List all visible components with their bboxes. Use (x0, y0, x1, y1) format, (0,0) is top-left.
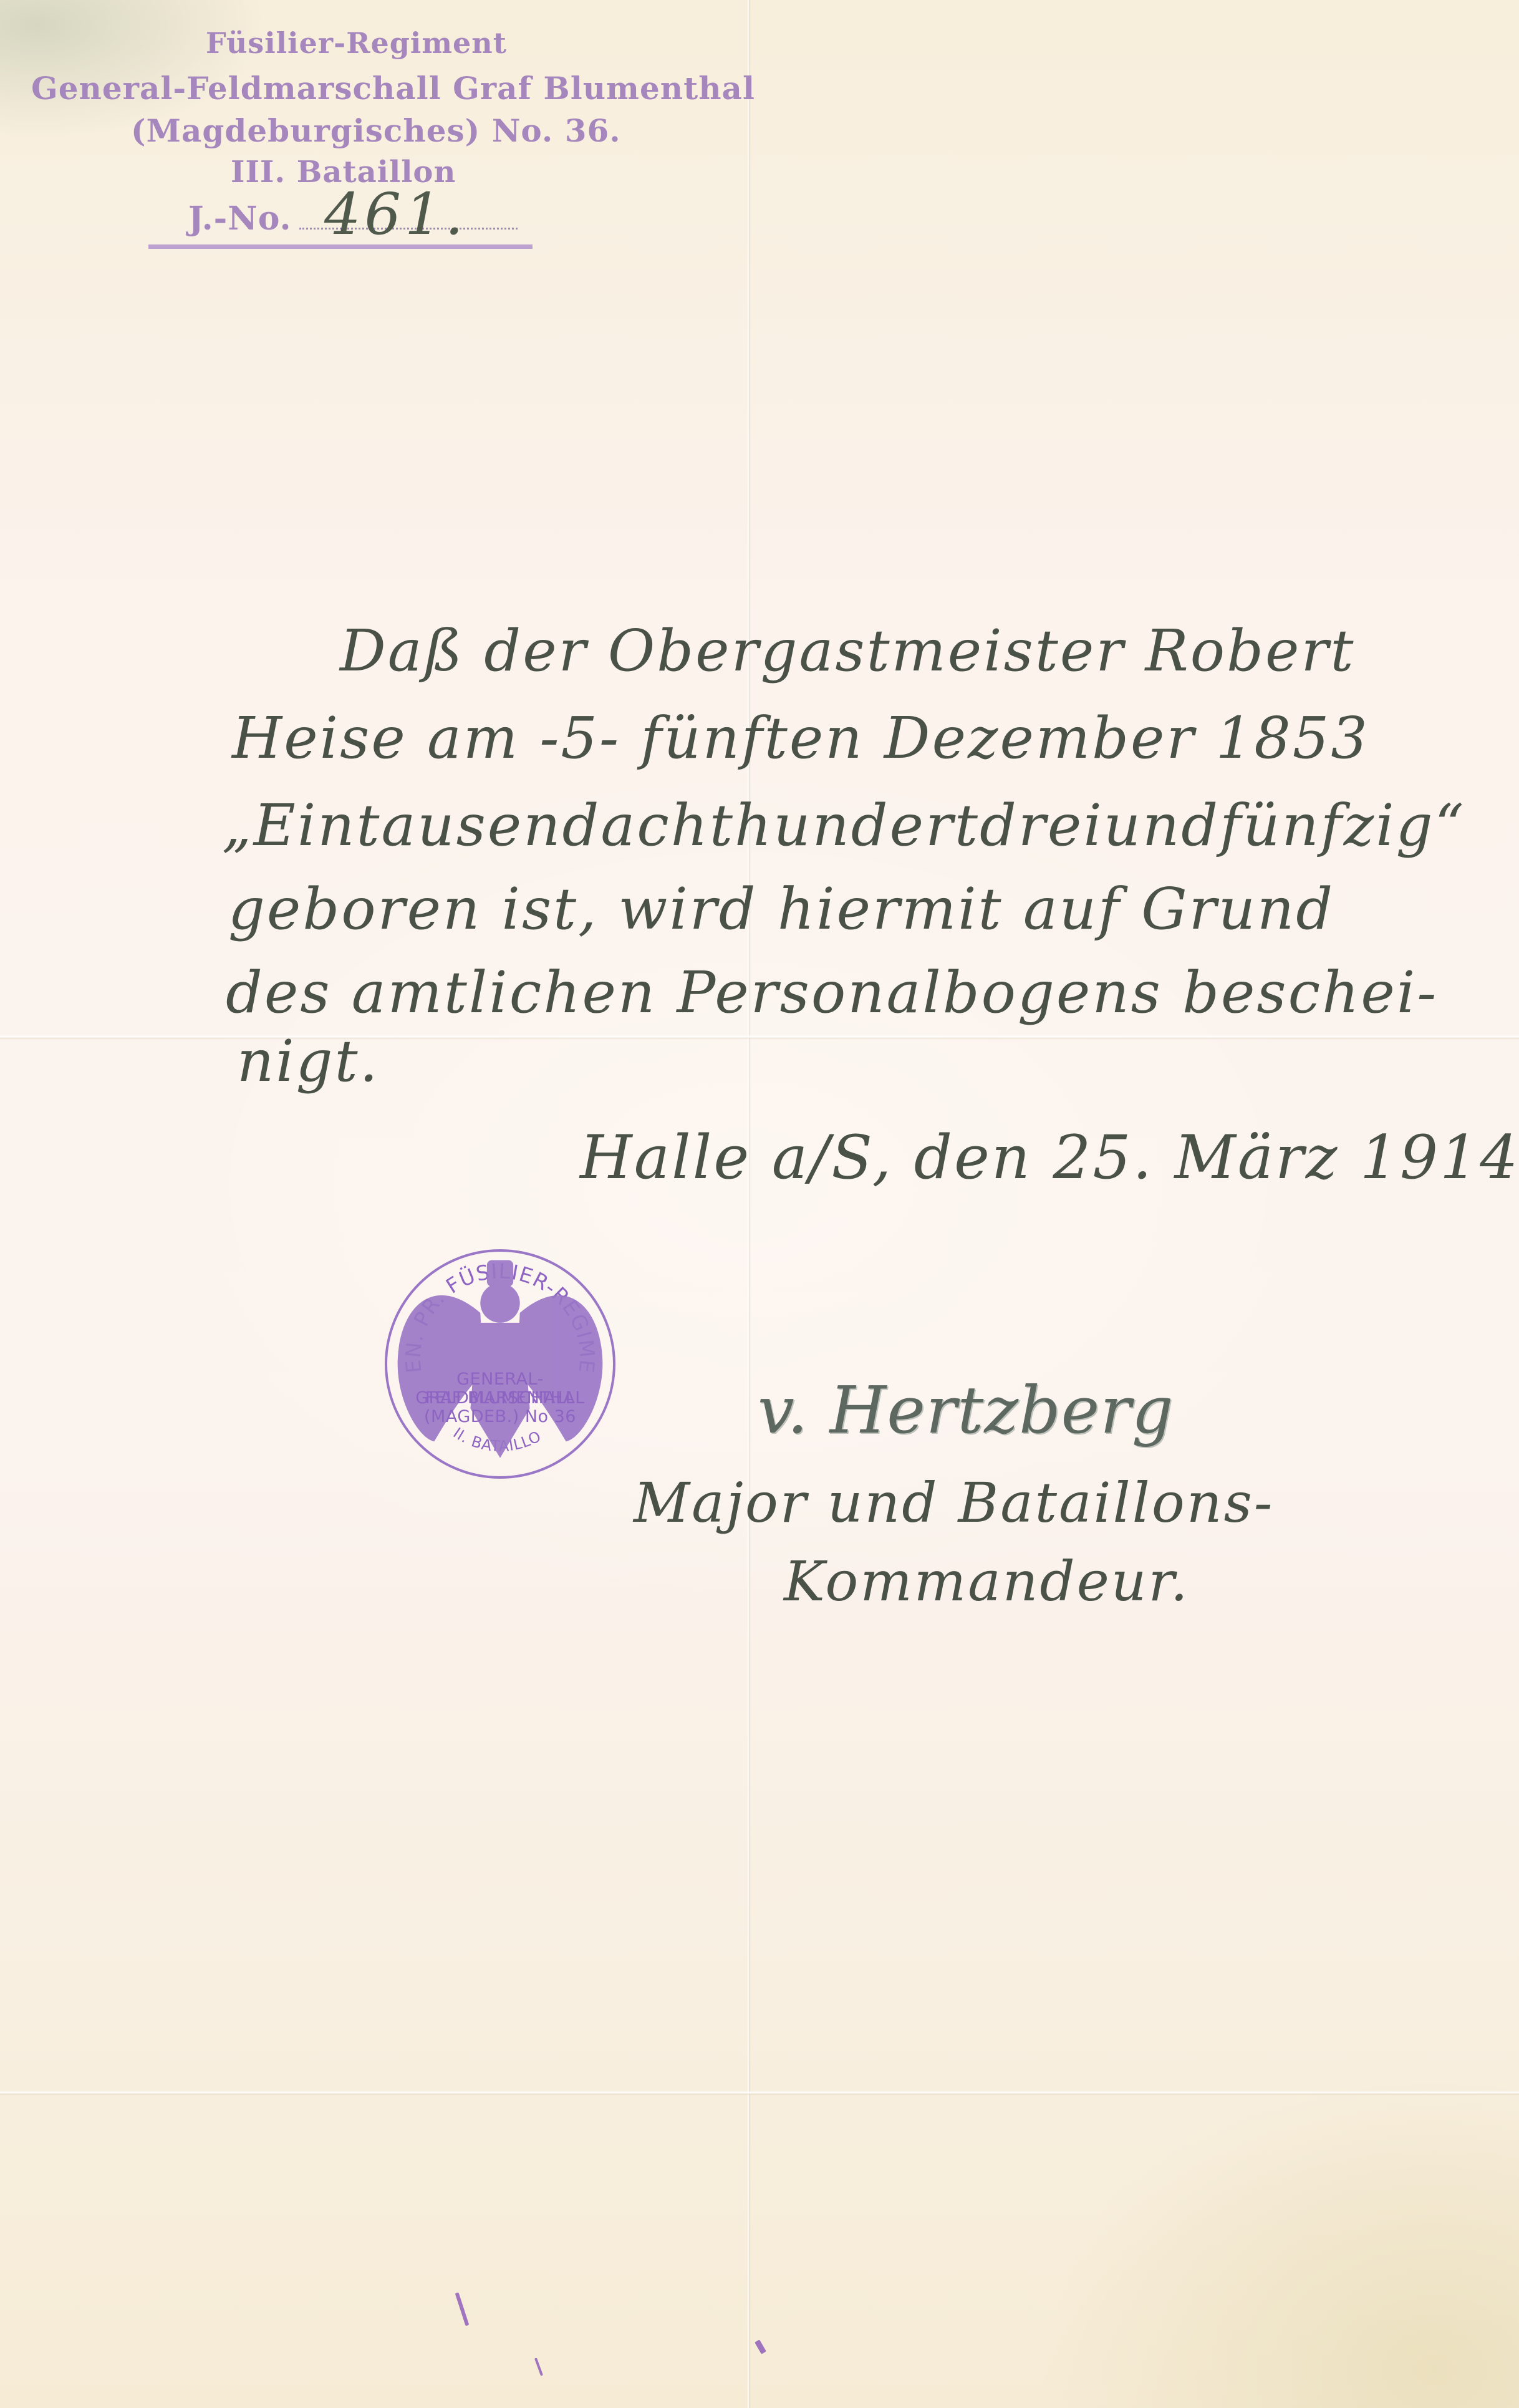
body-line: „Eintausendachthundertdreiundfünfzig“ (222, 792, 1466, 859)
body-line: des amtlichen Personalbogens beschei- (226, 959, 1438, 1026)
body-line: geboren ist, wird hiermit auf Grund (228, 876, 1334, 942)
journal-number-label: J.-No. (188, 200, 292, 238)
body-line: nigt. (237, 1028, 380, 1095)
letterhead-underline (148, 244, 533, 249)
vertical-fold-crease (747, 0, 751, 2408)
seal-line: (MAGDEB.) No 36 (387, 1408, 613, 1426)
body-line: Heise am -5- fünften Dezember 1853 (232, 705, 1369, 771)
seal-line: GRAF BLUMENTHAL (387, 1389, 613, 1408)
journal-number-value: 461. (324, 181, 467, 248)
signatory-title: Kommandeur. (784, 1549, 1190, 1613)
letterhead-regiment: Füsilier-Regiment (206, 26, 507, 60)
body-line: Daß der Obergastmeister Robert (340, 617, 1355, 684)
prussian-eagle-icon (385, 1249, 615, 1479)
horizontal-fold-crease (0, 2091, 1519, 2096)
signatory-title: Major und Bataillons- (634, 1471, 1274, 1535)
commander-signature: v. Hertzberg (758, 1372, 1174, 1448)
letterhead-namesake: General-Feldmarschall Graf Blumenthal (31, 70, 755, 107)
place-and-date: Halle a/S, den 25. März 1914. (580, 1123, 1519, 1192)
paper-sheet (0, 0, 1519, 2408)
letterhead-number: (Magdeburgisches) No. 36. (131, 112, 621, 149)
horizontal-fold-crease (0, 1035, 1519, 1040)
official-round-seal: KOEN. PR. FÜSILIER-REGIMENT III. BATAILL… (385, 1249, 615, 1479)
